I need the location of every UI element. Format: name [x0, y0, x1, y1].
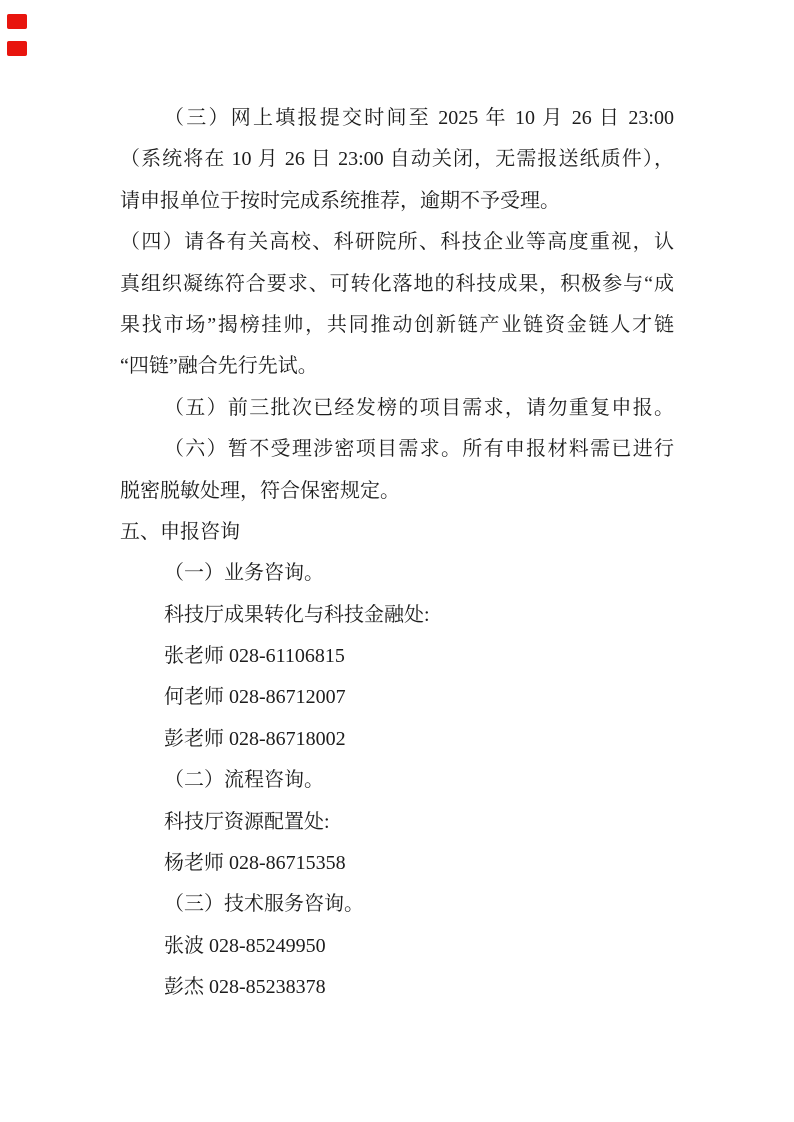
doc-line-contact-zhang: 张老师 028-61106815 [120, 636, 674, 677]
doc-line-flow-consult: （二）流程咨询。 [120, 760, 674, 801]
doc-line-item6-2: 脱密脱敏处理，符合保密规定。 [120, 471, 674, 512]
doc-line-contact-pengjie: 彭杰 028-85238378 [120, 967, 674, 1008]
doc-line-item4-1: （四）请各有关高校、科研院所、科技企业等高度重视，认 [120, 222, 674, 263]
red-stamp-mark-top [7, 14, 27, 29]
document-body: （三）网上填报提交时间至 2025 年 10 月 26 日 23:00 （系统将… [120, 98, 674, 1009]
doc-line-contact-zhangbo: 张波 028-85249950 [120, 926, 674, 967]
document-page: （三）网上填报提交时间至 2025 年 10 月 26 日 23:00 （系统将… [0, 0, 794, 1122]
section-heading-5: 五、申报咨询 [120, 512, 674, 553]
doc-line-biz-consult: （一）业务咨询。 [120, 553, 674, 594]
doc-line-tech-consult: （三）技术服务咨询。 [120, 884, 674, 925]
doc-line-deadline-1: （三）网上填报提交时间至 2025 年 10 月 26 日 23:00 [120, 98, 674, 139]
doc-line-item4-4: “四链”融合先行先试。 [120, 346, 674, 387]
doc-line-contact-peng: 彭老师 028-86718002 [120, 719, 674, 760]
doc-line-item5: （五）前三批次已经发榜的项目需求，请勿重复申报。 [120, 388, 674, 429]
doc-line-deadline-2: （系统将在 10 月 26 日 23:00 自动关闭，无需报送纸质件）， [120, 139, 674, 180]
doc-line-item4-3: 果找市场”揭榜挂帅，共同推动创新链产业链资金链人才链 [120, 305, 674, 346]
doc-line-contact-yang: 杨老师 028-86715358 [120, 843, 674, 884]
doc-line-dept-resource: 科技厅资源配置处: [120, 802, 674, 843]
doc-line-contact-he: 何老师 028-86712007 [120, 677, 674, 718]
doc-line-dept-transfer: 科技厅成果转化与科技金融处: [120, 595, 674, 636]
doc-line-item4-2: 真组织凝练符合要求、可转化落地的科技成果，积极参与“成 [120, 264, 674, 305]
doc-line-deadline-3: 请申报单位于按时完成系统推荐，逾期不予受理。 [120, 181, 674, 222]
red-stamp-mark-bottom [7, 41, 27, 56]
doc-line-item6-1: （六）暂不受理涉密项目需求。所有申报材料需已进行 [120, 429, 674, 470]
